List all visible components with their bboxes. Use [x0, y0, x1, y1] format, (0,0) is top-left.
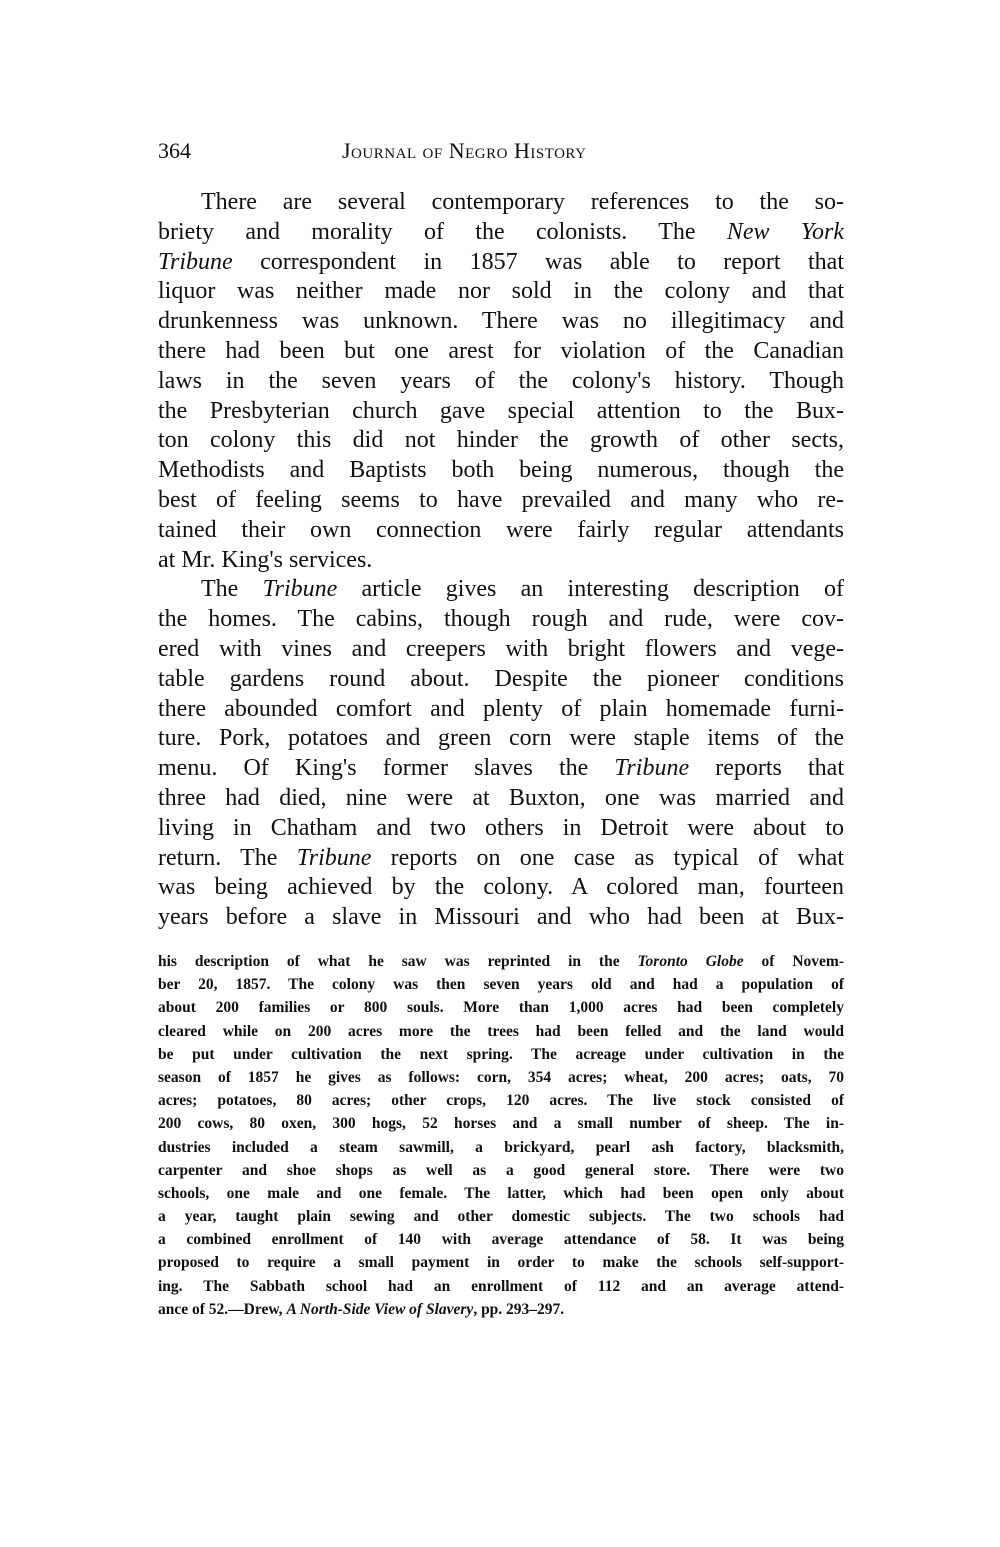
- text-line: tained their own connection were fairly …: [158, 516, 844, 546]
- text-line: menu. Of King's former slaves the Tribun…: [158, 754, 844, 784]
- footnote-line: about 200 families or 800 souls. More th…: [158, 996, 844, 1019]
- document-page: 364 Journal of Negro History There are s…: [0, 0, 1000, 1547]
- text-line: ton colony this did not hinder the growt…: [158, 426, 844, 456]
- italic-title: Toronto Globe: [638, 953, 744, 970]
- text-line: was being achieved by the colony. A colo…: [158, 873, 844, 903]
- text-line: the Presbyterian church gave special att…: [158, 397, 844, 427]
- text-line: best of feeling seems to have prevailed …: [158, 486, 844, 516]
- footnote-line: ber 20, 1857. The colony was then seven …: [158, 973, 844, 996]
- text-line: table gardens round about. Despite the p…: [158, 665, 844, 695]
- text-line: The Tribune article gives an interesting…: [158, 575, 844, 605]
- footnote-line: his description of what he saw was repri…: [158, 950, 844, 973]
- body-text: There are several contemporary reference…: [158, 188, 844, 933]
- text-line: at Mr. King's services.: [158, 546, 844, 576]
- text-line: return. The Tribune reports on one case …: [158, 844, 844, 874]
- footnote-line: a year, taught plain sewing and other do…: [158, 1205, 844, 1228]
- text-line: ered with vines and creepers with bright…: [158, 635, 844, 665]
- footnote-line: proposed to require a small payment in o…: [158, 1251, 844, 1274]
- page-number: 364: [158, 138, 191, 164]
- footnote-line: dustries included a steam sawmill, a bri…: [158, 1136, 844, 1159]
- text-line: There are several contemporary reference…: [158, 188, 844, 218]
- italic-title: Tribune: [614, 755, 689, 781]
- text-line: ture. Pork, potatoes and green corn were…: [158, 724, 844, 754]
- footnote-line: ing. The Sabbath school had an enrollmen…: [158, 1275, 844, 1298]
- footnote-line: 200 cows, 80 oxen, 300 hogs, 52 horses a…: [158, 1112, 844, 1135]
- text-line: drunkenness was unknown. There was no il…: [158, 307, 844, 337]
- text-line: living in Chatham and two others in Detr…: [158, 814, 844, 844]
- text-line: there had been but one arest for violati…: [158, 337, 844, 367]
- italic-title: Tribune: [297, 845, 372, 871]
- footnote: his description of what he saw was repri…: [158, 950, 844, 1321]
- text-line: laws in the seven years of the colony's …: [158, 367, 844, 397]
- text-line: Tribune correspondent in 1857 was able t…: [158, 248, 844, 278]
- footnote-line: cleared while on 200 acres more the tree…: [158, 1020, 844, 1043]
- italic-title: Tribune: [263, 576, 338, 602]
- footnote-line: acres; potatoes, 80 acres; other crops, …: [158, 1089, 844, 1112]
- text-line: the homes. The cabins, though rough and …: [158, 605, 844, 635]
- running-head: Journal of Negro History: [342, 138, 586, 164]
- text-line: there abounded comfort and plenty of pla…: [158, 695, 844, 725]
- text-line: years before a slave in Missouri and who…: [158, 903, 844, 933]
- footnote-line: carpenter and shoe shops as well as a go…: [158, 1159, 844, 1182]
- footnote-line: be put under cultivation the next spring…: [158, 1043, 844, 1066]
- footnote-line: ance of 52.—Drew, A North-Side View of S…: [158, 1298, 844, 1321]
- footnote-line: schools, one male and one female. The la…: [158, 1182, 844, 1205]
- footnote-line: season of 1857 he gives as follows: corn…: [158, 1066, 844, 1089]
- footnote-line: a combined enrollment of 140 with averag…: [158, 1228, 844, 1251]
- text-line: Methodists and Baptists both being numer…: [158, 456, 844, 486]
- page-header: 364 Journal of Negro History: [158, 138, 848, 168]
- text-line: briety and morality of the colonists. Th…: [158, 218, 844, 248]
- italic-title: New York: [727, 219, 844, 245]
- text-line: liquor was neither made nor sold in the …: [158, 277, 844, 307]
- text-line: three had died, nine were at Buxton, one…: [158, 784, 844, 814]
- italic-title: Tribune: [158, 249, 233, 275]
- italic-title: A North-Side View of Slavery: [286, 1301, 473, 1318]
